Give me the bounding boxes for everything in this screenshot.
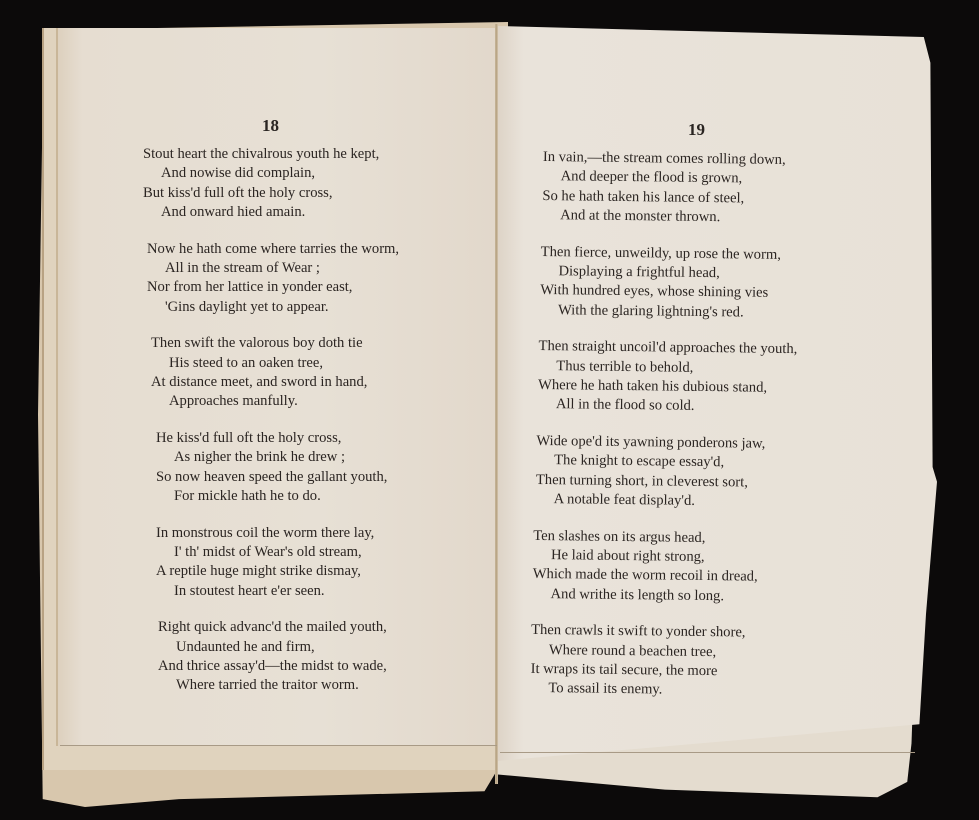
verse-line: Stout heart the chivalrous youth he kept… <box>143 145 433 164</box>
verse-line: A reptile huge might strike dismay, <box>156 562 433 581</box>
verse-line: 'Gins daylight yet to appear. <box>147 298 433 317</box>
stanza: In monstrous coil the worm there lay, I'… <box>143 524 433 602</box>
verse-line: He kiss'd full oft the holy cross, <box>156 429 433 448</box>
page-number-left: 18 <box>262 116 279 136</box>
verse-line: Right quick advanc'd the mailed youth, <box>158 618 433 637</box>
verse-line: A notable feat display'd. <box>536 490 839 513</box>
verse-line: And nowise did complain, <box>143 164 433 183</box>
verse-line: At distance meet, and sword in hand, <box>151 373 433 392</box>
stanza: Then fierce, unweildy, up rose the worm,… <box>540 243 842 324</box>
stanza: Now he hath come where tarries the worm,… <box>143 240 433 318</box>
right-page-poem: In vain,—the stream comes rolling down, … <box>536 148 843 719</box>
verse-line: With the glaring lightning's red. <box>540 301 841 324</box>
verse-line: In stoutest heart e'er seen. <box>156 582 433 601</box>
verse-line: Then swift the valorous boy doth tie <box>151 334 433 353</box>
verse-line: His steed to an oaken tree, <box>151 354 433 373</box>
stanza: Then crawls it swift to yonder shore, Wh… <box>530 621 837 702</box>
verse-line: But kiss'd full oft the holy cross, <box>143 184 433 203</box>
stanza: Then straight uncoil'd approaches the yo… <box>538 337 841 418</box>
verse-line: Undaunted he and firm, <box>158 638 433 657</box>
verse-line: As nigher the brink he drew ; <box>156 448 433 467</box>
verse-line: So now heaven speed the gallant youth, <box>156 468 433 487</box>
stanza: Then swift the valorous boy doth tie His… <box>143 334 433 412</box>
verse-line: All in the stream of Wear ; <box>147 259 433 278</box>
verse-line: I' th' midst of Wear's old stream, <box>156 543 433 562</box>
verse-line: And thrice assay'd—the midst to wade, <box>158 657 433 676</box>
verse-line: To assail its enemy. <box>530 679 836 702</box>
stanza: Ten slashes on its argus head, He laid a… <box>532 526 838 607</box>
open-book-spread: 18 19 Stout heart the chivalrous youth h… <box>0 0 979 820</box>
verse-line: And onward hied amain. <box>143 203 433 222</box>
stanza: Right quick advanc'd the mailed youth, U… <box>143 618 433 696</box>
page-fold-right <box>500 752 915 753</box>
page-fold-left <box>60 745 497 746</box>
stanza: Stout heart the chivalrous youth he kept… <box>143 145 433 223</box>
left-page-poem: Stout heart the chivalrous youth he kept… <box>143 145 433 713</box>
page-number-right: 19 <box>688 120 705 140</box>
verse-line: For mickle hath he to do. <box>156 487 433 506</box>
stanza: He kiss'd full oft the holy cross, As ni… <box>143 429 433 507</box>
verse-line: All in the flood so cold. <box>538 395 840 418</box>
verse-line: And at the monster thrown. <box>542 206 842 229</box>
verse-line: Nor from her lattice in yonder east, <box>147 278 433 297</box>
stanza: Wide ope'd its yawning ponderons jaw, Th… <box>536 432 840 513</box>
stanza: In vain,—the stream comes rolling down, … <box>542 148 843 229</box>
verse-line: Approaches manfully. <box>151 392 433 411</box>
verse-line: In monstrous coil the worm there lay, <box>156 524 433 543</box>
verse-line: Where tarried the traitor worm. <box>158 676 433 695</box>
verse-line: Now he hath come where tarries the worm, <box>147 240 433 259</box>
book-spine <box>495 24 498 784</box>
verse-line: And writhe its length so long. <box>532 585 837 608</box>
